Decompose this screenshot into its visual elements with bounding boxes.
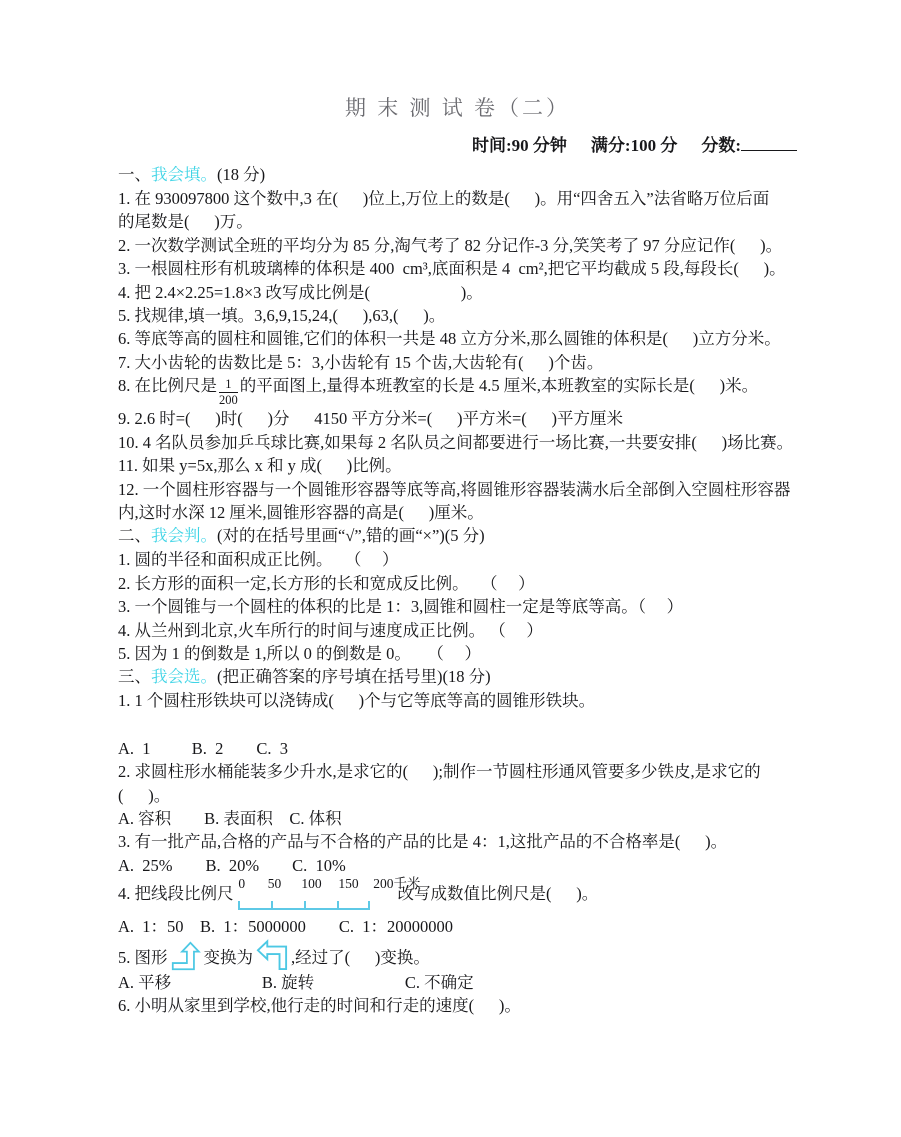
- choice-q1: 1. 1 个圆柱形铁块可以浇铸成( )个与它等底等高的圆锥形铁块。: [118, 689, 797, 712]
- choice-q5-text-post: ,经过了( )变换。: [291, 948, 430, 967]
- choice-q4: 4. 把线段比例尺050100150200千米改写成数值比例尺是( )。: [118, 877, 797, 915]
- scale-line: [238, 900, 370, 910]
- fill-q8-text-pre: 8. 在比例尺是: [118, 376, 217, 395]
- fill-q12-line2: 内,这时水深 12 厘米,圆锥形容器的高是( )厘米。: [118, 501, 797, 524]
- scale-tick: [238, 901, 240, 908]
- choice-q2-line1: 2. 求圆柱形水桶能装多少升水,是求它的( );制作一节圆柱形通风管要多少铁皮,…: [118, 760, 797, 783]
- scale-tick-label: 0: [238, 877, 245, 891]
- exam-meta-line: 时间:90 分钟满分:100 分分数:: [118, 131, 797, 156]
- bent-arrow-left-icon: [256, 939, 288, 971]
- section2-number: 二、: [118, 526, 151, 545]
- score-label: 分数:: [701, 136, 741, 155]
- exam-paper: 期 末 测 试 卷（二） 时间:90 分钟满分:100 分分数: 一、我会填。(…: [0, 0, 901, 1018]
- scale-tick-label: 100: [301, 877, 321, 891]
- exam-full-marks: 满分:100 分: [591, 136, 677, 155]
- judge-q4: 4. 从兰州到北京,火车所行的时间与速度成正比例。 （ ）: [118, 619, 797, 642]
- judge-q5: 5. 因为 1 的倒数是 1,所以 0 的倒数是 0。 （ ）: [118, 642, 797, 665]
- scale-tick: [271, 901, 273, 908]
- section1-header: 一、我会填。(18 分): [118, 163, 797, 187]
- scale-tick: [304, 901, 306, 908]
- score-blank-underline: [741, 135, 797, 151]
- fill-q1-line2: 的尾数是( )万。: [118, 210, 797, 233]
- choice-q5-text-mid: 变换为: [204, 948, 254, 967]
- judge-q1: 1. 圆的半径和面积成正比例。 （ ）: [118, 548, 797, 571]
- choice-q4-text-pre: 4. 把线段比例尺: [118, 884, 234, 903]
- section3-points: (把正确答案的序号填在括号里)(18 分): [217, 667, 491, 686]
- scale-tick-label: 150: [338, 877, 358, 891]
- fill-q3: 3. 一根圆柱形有机玻璃棒的体积是 400 cm³,底面积是 4 cm²,把它平…: [118, 257, 797, 280]
- judge-q3: 3. 一个圆锥与一个圆柱的体积的比是 1：3,圆锥和圆柱一定是等底等高。（ ）: [118, 595, 797, 618]
- scale-tick-label: 200千米: [373, 877, 420, 891]
- section3-header: 三、我会选。(把正确答案的序号填在括号里)(18 分): [118, 665, 797, 689]
- fraction-denominator: 200: [219, 393, 238, 407]
- bent-arrow-up-icon: [171, 941, 201, 971]
- choice-q5-options: A. 平移 B. 旋转 C. 不确定: [118, 971, 797, 994]
- section2-header: 二、我会判。(对的在括号里画“√”,错的画“×”)(5 分): [118, 524, 797, 548]
- fill-q9: 9. 2.6 时=( )时( )分 4150 平方分米=( )平方米=( )平方…: [118, 407, 797, 430]
- fill-q8: 8. 在比例尺是1200的平面图上,量得本班教室的长是 4.5 厘米,本班教室的…: [118, 374, 797, 407]
- section1-title: 我会填。: [151, 165, 217, 184]
- fill-q10: 10. 4 名队员参加乒乓球比赛,如果每 2 名队员之间都要进行一场比赛,一共要…: [118, 431, 797, 454]
- fill-q2: 2. 一次数学测试全班的平均分为 85 分,淘气考了 82 分记作-3 分,笑笑…: [118, 234, 797, 257]
- scale-fraction: 1200: [219, 378, 238, 407]
- section2-title: 我会判。: [151, 526, 217, 545]
- linear-scale-bar: 050100150200千米: [238, 877, 386, 915]
- fill-q12-line1: 12. 一个圆柱形容器与一个圆锥形容器等底等高,将圆锥形容器装满水后全部倒入空圆…: [118, 478, 797, 501]
- fill-q11: 11. 如果 y=5x,那么 x 和 y 成( )比例。: [118, 454, 797, 477]
- choice-q6: 6. 小明从家里到学校,他行走的时间和行走的速度( )。: [118, 994, 797, 1017]
- scale-tick: [337, 901, 339, 908]
- section1-points: (18 分): [217, 165, 265, 184]
- choice-q3-options: A. 25% B. 20% C. 10%: [118, 854, 797, 877]
- exam-time: 时间:90 分钟: [472, 136, 567, 155]
- page-title: 期 末 测 试 卷（二）: [118, 92, 797, 122]
- section3-title: 我会选。: [151, 667, 217, 686]
- scale-tick: [368, 901, 370, 908]
- choice-q4-text-post: 改写成数值比例尺是( )。: [398, 884, 599, 903]
- fill-q8-text-post: 的平面图上,量得本班教室的长是 4.5 厘米,本班教室的实际长是( )米。: [240, 376, 758, 395]
- choice-q1-options: A. 1 B. 2 C. 3: [118, 737, 797, 760]
- section2-points: (对的在括号里画“√”,错的画“×”)(5 分): [217, 526, 485, 545]
- choice-q3: 3. 有一批产品,合格的产品与不合格的产品的比是 4：1,这批产品的不合格率是(…: [118, 830, 797, 853]
- choice-q5: 5. 图形变换为,经过了( )变换。: [118, 939, 797, 971]
- fill-q5: 5. 找规律,填一填。3,6,9,15,24,( ),63,( )。: [118, 304, 797, 327]
- choice-q4-options: A. 1：50 B. 1：5000000 C. 1：20000000: [118, 915, 797, 938]
- fill-q7: 7. 大小齿轮的齿数比是 5：3,小齿轮有 15 个齿,大齿轮有( )个齿。: [118, 351, 797, 374]
- fill-q1-line1: 1. 在 930097800 这个数中,3 在( )位上,万位上的数是( )。用…: [118, 187, 797, 210]
- choice-q2-options: A. 容积 B. 表面积 C. 体积: [118, 807, 797, 830]
- fill-q6: 6. 等底等高的圆柱和圆锥,它们的体积一共是 48 立方分米,那么圆锥的体积是(…: [118, 327, 797, 350]
- fill-q4: 4. 把 2.4×2.25=1.8×3 改写成比例是( )。: [118, 281, 797, 304]
- choice-q5-text-pre: 5. 图形: [118, 948, 168, 967]
- choice-q2-line2: ( )。: [118, 784, 797, 807]
- section1-number: 一、: [118, 165, 151, 184]
- scale-tick-label: 50: [268, 877, 282, 891]
- fraction-numerator: 1: [219, 378, 238, 393]
- section3-number: 三、: [118, 667, 151, 686]
- judge-q2: 2. 长方形的面积一定,长方形的长和宽成反比例。 （ ）: [118, 572, 797, 595]
